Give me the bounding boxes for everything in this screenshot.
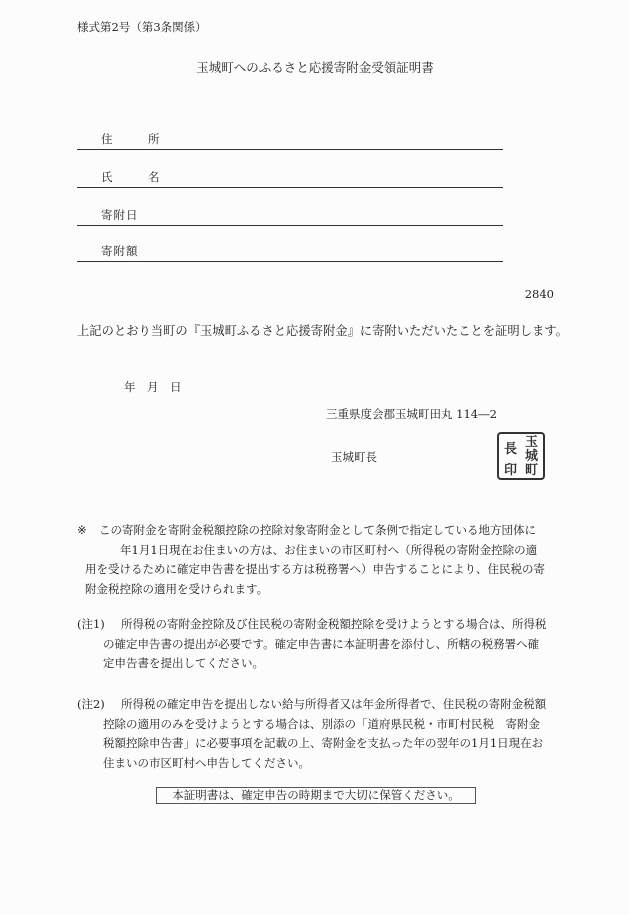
note-line: 控除の適用のみを受けようとする場合は、別添の「道府県民税・市町村民税 寄附金: [77, 715, 557, 735]
note-tag: (注1): [77, 615, 121, 635]
issuer-title: 玉城町長: [331, 449, 377, 465]
field-address: 住 所: [77, 129, 503, 150]
document-title: 玉城町へのふるさと応援寄附金受領証明書: [0, 58, 630, 76]
field-label-donation-date: 寄附日: [101, 207, 139, 223]
field-label-donation-amount: 寄附額: [101, 243, 139, 259]
storage-reminder-box: 本証明書は、確定申告の時期まで大切に保管ください。: [156, 787, 476, 804]
note-line: 定申告書を提出してください。: [77, 654, 557, 674]
note-line: の確定申告書の提出が必要です。確定申告書に本証明書を添付し、所轄の税務署へ確: [77, 635, 557, 655]
official-seal-icon: 玉 城 町 長 印: [497, 432, 545, 480]
note-2: (注2)所得税の確定申告を提出しない給与所得者又は年金所得者で、住民税の寄附金税…: [77, 695, 557, 773]
seal-char: 玉: [521, 435, 542, 449]
field-donation-date: 寄附日: [77, 205, 503, 226]
note-line: 所得税の寄附金控除及び住民税の寄附金税額控除を受けようとする場合は、所得税: [121, 617, 547, 631]
note-tag: (注2): [77, 695, 121, 715]
note-line: 年1月1日現在お住まいの方は、お住まいの市区町村へ（所得税の寄附金控除の適: [77, 541, 557, 561]
note-marker: ※: [77, 521, 87, 541]
note-line: この寄附金を寄附金税額控除の控除対象寄附金として条例で指定している地方団体に: [77, 521, 557, 541]
note-main: ※ この寄附金を寄附金税額控除の控除対象寄附金として条例で指定している地方団体に…: [77, 521, 557, 599]
field-label-name: 氏 名: [101, 169, 172, 185]
seal-char: 印: [500, 463, 521, 477]
note-line: 所得税の確定申告を提出しない給与所得者又は年金所得者で、住民税の寄附金税額: [121, 697, 546, 711]
note-line: 税額控除申告書」に必要事項を記載の上、寄附金を支払った年の翌年の1月1日現在お: [77, 734, 557, 754]
seal-char: 町: [521, 463, 542, 477]
note-line: 住まいの市区町村へ申告してください。: [77, 754, 557, 774]
field-label-address: 住 所: [101, 131, 172, 147]
note-line: 用を受けるために確定申告書を提出する方は税務署へ）申告することにより、住民税の寄: [77, 560, 557, 580]
certification-sentence: 上記のとおり当町の『玉城町ふるさと応援寄附金』に寄附いただいたことを証明します。: [77, 321, 568, 339]
note-line: 附金税控除の適用を受けられます。: [77, 580, 557, 600]
field-name: 氏 名: [77, 167, 503, 188]
issuer-address: 三重県度会郡玉城町田丸 114―2: [326, 406, 497, 422]
form-number: 様式第2号（第3条関係）: [77, 19, 207, 35]
serial-number: 2840: [525, 287, 554, 301]
note-1: (注1)所得税の寄附金控除及び住民税の寄附金税額控除を受けようとする場合は、所得…: [77, 615, 557, 674]
seal-char: 長: [500, 435, 521, 463]
field-donation-amount: 寄附額: [77, 241, 503, 262]
issue-date: 年 月 日: [124, 379, 182, 395]
seal-char: 城: [521, 449, 542, 463]
